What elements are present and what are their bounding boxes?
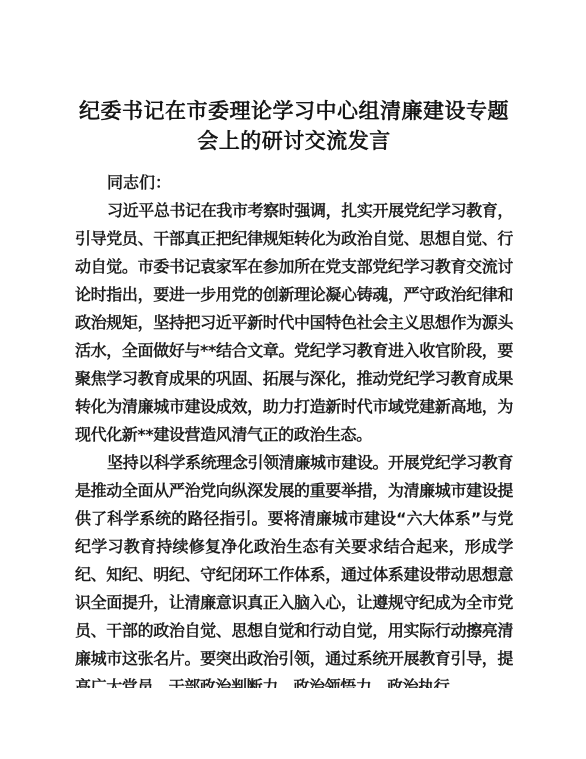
paragraph-2: 坚持以科学系统理念引领清廉城市建设。开展党纪学习教育是推动全面从严治党向纵深发展… xyxy=(75,449,513,688)
document-content: 纪委书记在市委理论学习中心组清廉建设专题会上的研讨交流发言 同志们： 习近平总书… xyxy=(75,96,513,688)
document-title: 纪委书记在市委理论学习中心组清廉建设专题会上的研讨交流发言 xyxy=(75,96,513,156)
salutation: 同志们： xyxy=(75,169,513,197)
paragraph-1: 习近平总书记在我市考察时强调，扎实开展党纪学习教育，引导党员、干部真正把纪律规矩… xyxy=(75,197,513,449)
document-page: 纪委书记在市委理论学习中心组清廉建设专题会上的研讨交流发言 同志们： 习近平总书… xyxy=(0,0,586,759)
